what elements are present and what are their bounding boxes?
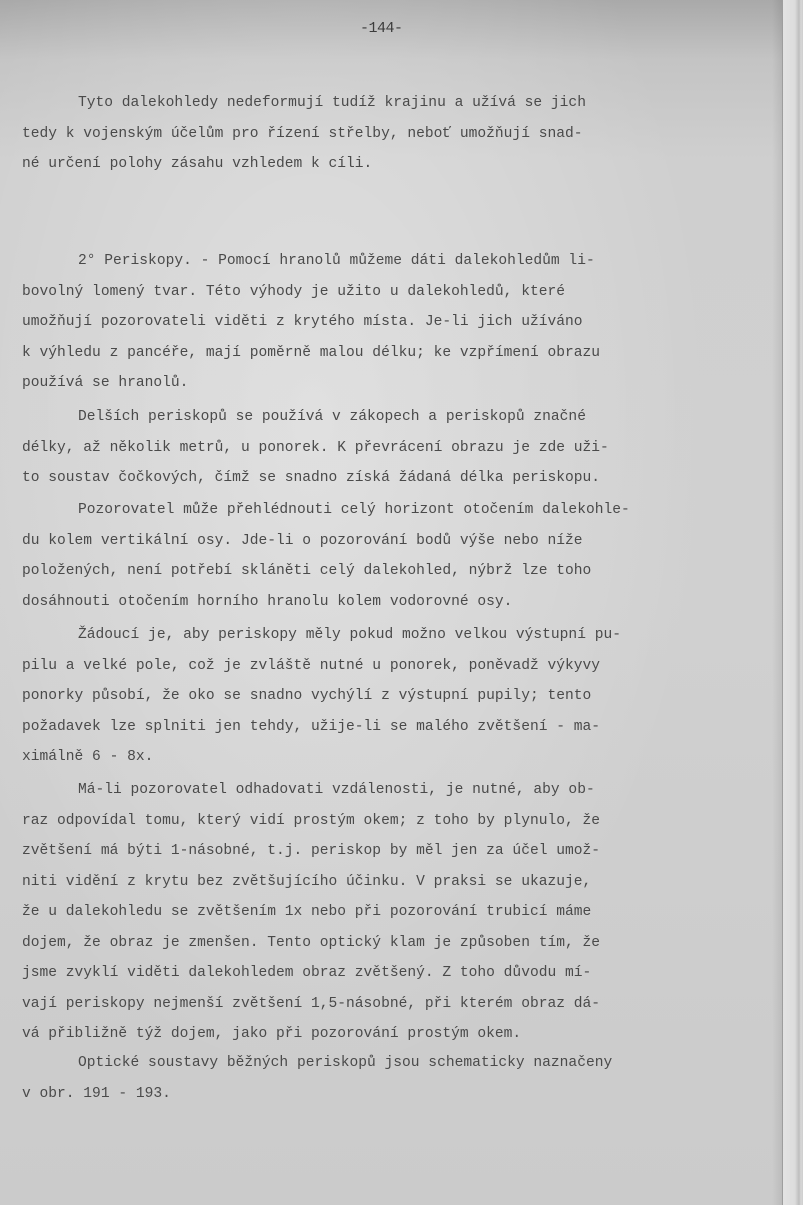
paragraph-binocular-usage: Tyto dalekohledy nedeformují tudíž kraji…	[22, 88, 762, 180]
text-line: Tyto dalekohledy nedeformují tudíž kraji…	[22, 88, 762, 119]
text-line: používá se hranolů.	[22, 368, 762, 399]
text-line: raz odpovídal tomu, který vidí prostým o…	[22, 806, 762, 837]
text-line: Má-li pozorovatel odhadovati vzdálenosti…	[22, 775, 762, 806]
text-line: bovolný lomený tvar. Této výhody je užit…	[22, 277, 762, 308]
text-line: dojem, že obraz je zmenšen. Tento optick…	[22, 928, 762, 959]
text-line: ximálně 6 - 8x.	[22, 742, 762, 773]
text-line: zvětšení má býti 1-násobné, t.j. perisko…	[22, 836, 762, 867]
page-edge-strip	[782, 0, 803, 1205]
text-line: né určení polohy zásahu vzhledem k cíli.	[22, 149, 762, 180]
text-line: niti vidění z krytu bez zvětšujícího úči…	[22, 867, 762, 898]
section-heading-line: 2° Periskopy. - Pomocí hranolů můžeme dá…	[22, 246, 762, 277]
text-line: dosáhnouti otočením horního hranolu kole…	[22, 587, 762, 618]
text-line: délky, až několik metrů, u ponorek. K př…	[22, 433, 762, 464]
text-line: že u dalekohledu se zvětšením 1x nebo př…	[22, 897, 762, 928]
text-line: to soustav čočkových, čímž se snadno zís…	[22, 463, 762, 494]
paragraph-long-periscopes: Delších periskopů se používá v zákopech …	[22, 402, 762, 494]
text-line: Optické soustavy běžných periskopů jsou …	[22, 1048, 762, 1079]
text-line: umožňují pozorovateli viděti z krytého m…	[22, 307, 762, 338]
text-line: položených, není potřebí skláněti celý d…	[22, 556, 762, 587]
page-number: -144-	[360, 20, 403, 37]
scanned-page: -144- Tyto dalekohledy nedeformují tudíž…	[0, 0, 782, 1205]
text-line: Pozorovatel může přehlédnouti celý horiz…	[22, 495, 762, 526]
paragraph-observer-horizon: Pozorovatel může přehlédnouti celý horiz…	[22, 495, 762, 617]
text-line: pilu a velké pole, což je zvláště nutné …	[22, 651, 762, 682]
text-line: tedy k vojenským účelům pro řízení střel…	[22, 119, 762, 150]
text-line: Delších periskopů se používá v zákopech …	[22, 402, 762, 433]
text-line: Žádoucí je, aby periskopy měly pokud mož…	[22, 620, 762, 651]
paragraph-figure-reference: Optické soustavy běžných periskopů jsou …	[22, 1048, 762, 1109]
text-line: du kolem vertikální osy. Jde-li o pozoro…	[22, 526, 762, 557]
paragraph-exit-pupil: Žádoucí je, aby periskopy měly pokud mož…	[22, 620, 762, 773]
paragraph-magnification: Má-li pozorovatel odhadovati vzdálenosti…	[22, 775, 762, 1050]
text-line: jsme zvyklí viděti dalekohledem obraz zv…	[22, 958, 762, 989]
text-line: k výhledu z pancéře, mají poměrně malou …	[22, 338, 762, 369]
paragraph-periscopes-intro: 2° Periskopy. - Pomocí hranolů můžeme dá…	[22, 246, 762, 399]
text-line: v obr. 191 - 193.	[22, 1079, 762, 1110]
text-line: ponorky působí, že oko se snadno vychýlí…	[22, 681, 762, 712]
text-line: vají periskopy nejmenší zvětšení 1,5-nás…	[22, 989, 762, 1020]
text-line: vá přibližně týž dojem, jako při pozorov…	[22, 1019, 762, 1050]
text-line: požadavek lze splniti jen tehdy, užije-l…	[22, 712, 762, 743]
